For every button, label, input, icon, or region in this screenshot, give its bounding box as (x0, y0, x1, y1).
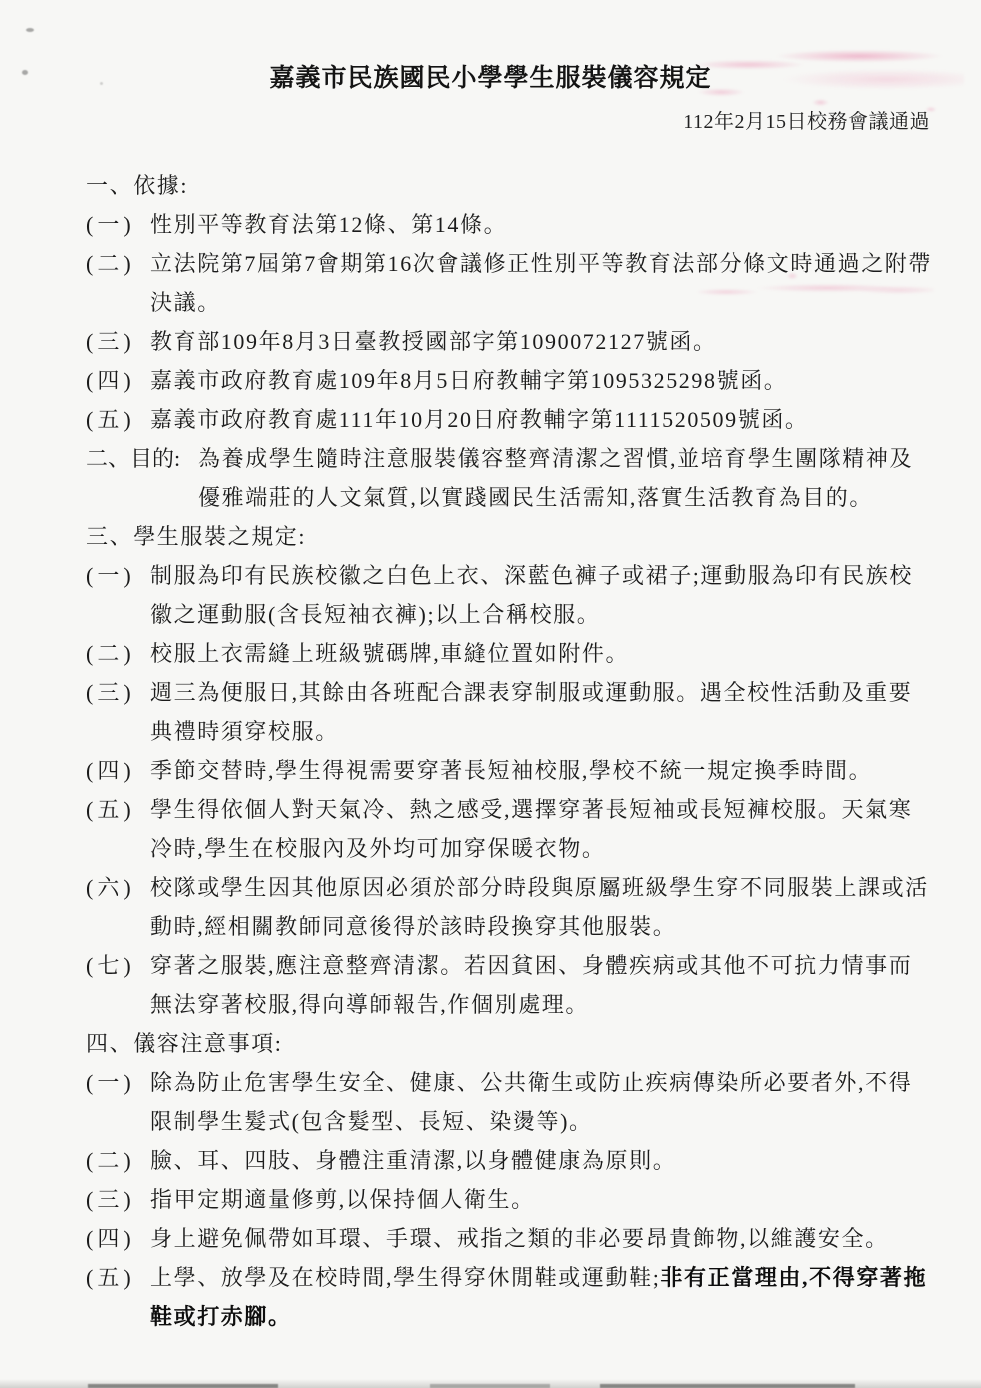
item-label: (一) (86, 205, 150, 244)
approval-note: 112年2月15日校務會議通過 (0, 108, 981, 136)
list-item: (三) 週三為便服日,其餘由各班配合課表穿制服或運動服。遇全校性活動及重要典禮時… (86, 673, 935, 751)
item-label: (七) (86, 946, 150, 985)
section-heading-3: 三、學生服裝之規定: (86, 517, 935, 556)
section-heading-2: 二、目的: (86, 439, 198, 478)
item-text: 上學、放學及在校時間,學生得穿休閒鞋或運動鞋;非有正當理由,不得穿著拖鞋或打赤腳… (150, 1258, 935, 1336)
item-label: (二) (86, 634, 150, 673)
item-label: (四) (86, 1219, 150, 1258)
item-text-normal: 上學、放學及在校時間,學生得穿休閒鞋或運動鞋; (150, 1265, 660, 1290)
item-text: 臉、耳、四肢、身體注重清潔,以身體健康為原則。 (150, 1141, 935, 1180)
scan-edge-artifact (600, 1384, 855, 1388)
section-heading-1: 一、依據: (86, 166, 935, 205)
scan-edge-artifact (430, 1384, 550, 1388)
list-item: (二) 立法院第7屆第7會期第16次會議修正性別平等教育法部分條文時通過之附帶決… (86, 244, 935, 322)
scanned-document-page: 嘉義市民族國民小學學生服裝儀容規定 112年2月15日校務會議通過 一、依據: … (0, 0, 981, 1388)
item-text: 嘉義市政府教育處111年10月20日府教輔字第1111520509號函。 (150, 400, 935, 439)
list-item: (一) 性別平等教育法第12條、第14條。 (86, 205, 935, 244)
list-item: (四) 嘉義市政府教育處109年8月5日府教輔字第1095325298號函。 (86, 361, 935, 400)
item-label: (三) (86, 673, 150, 712)
list-item: (四) 身上避免佩帶如耳環、手環、戒指之類的非必要昂貴飾物,以維護安全。 (86, 1219, 935, 1258)
item-label: (五) (86, 400, 150, 439)
item-label: (三) (86, 1180, 150, 1219)
section-heading-4: 四、儀容注意事項: (86, 1024, 935, 1063)
item-label: (一) (86, 556, 150, 595)
list-item: (二) 校服上衣需縫上班級號碼牌,車縫位置如附件。 (86, 634, 935, 673)
list-item: (一) 除為防止危害學生安全、健康、公共衛生或防止疾病傳染所必要者外,不得限制學… (86, 1063, 935, 1141)
item-text: 制服為印有民族校徽之白色上衣、深藍色褲子或裙子;運動服為印有民族校徽之運動服(含… (150, 556, 935, 634)
list-item: (五) 上學、放學及在校時間,學生得穿休閒鞋或運動鞋;非有正當理由,不得穿著拖鞋… (86, 1258, 935, 1336)
item-text: 除為防止危害學生安全、健康、公共衛生或防止疾病傳染所必要者外,不得限制學生髮式(… (150, 1063, 935, 1141)
document-title: 嘉義市民族國民小學學生服裝儀容規定 (0, 62, 981, 96)
item-text: 校隊或學生因其他原因必須於部分時段與原屬班級學生穿不同服裝上課或活動時,經相關教… (150, 868, 935, 946)
item-text: 學生得依個人對天氣冷、熱之感受,選擇穿著長短袖或長短褲校服。天氣寒冷時,學生在校… (150, 790, 935, 868)
section-text: 為養成學生隨時注意服裝儀容整齊清潔之習慣,並培育學生團隊精神及優雅端莊的人文氣質… (198, 439, 935, 517)
list-item: (二) 臉、耳、四肢、身體注重清潔,以身體健康為原則。 (86, 1141, 935, 1180)
item-text: 穿著之服裝,應注意整齊清潔。若因貧困、身體疾病或其他不可抗力情事而無法穿著校服,… (150, 946, 935, 1024)
item-label: (六) (86, 868, 150, 907)
list-item: (四) 季節交替時,學生得視需要穿著長短袖校服,學校不統一規定換季時間。 (86, 751, 935, 790)
list-item: (三) 教育部109年8月3日臺教授國部字第1090072127號函。 (86, 322, 935, 361)
item-text: 性別平等教育法第12條、第14條。 (150, 205, 935, 244)
item-text: 週三為便服日,其餘由各班配合課表穿制服或運動服。遇全校性活動及重要典禮時須穿校服… (150, 673, 935, 751)
list-item: (三) 指甲定期適量修剪,以保持個人衛生。 (86, 1180, 935, 1219)
item-text: 校服上衣需縫上班級號碼牌,車縫位置如附件。 (150, 634, 935, 673)
item-label: (二) (86, 1141, 150, 1180)
list-item: (五) 嘉義市政府教育處111年10月20日府教輔字第1111520509號函。 (86, 400, 935, 439)
section-purpose: 二、目的: 為養成學生隨時注意服裝儀容整齊清潔之習慣,並培育學生團隊精神及優雅端… (86, 439, 935, 517)
item-label: (五) (86, 1258, 150, 1297)
scan-edge-artifact (88, 1384, 278, 1388)
list-item: (五) 學生得依個人對天氣冷、熱之感受,選擇穿著長短袖或長短褲校服。天氣寒冷時,… (86, 790, 935, 868)
scan-speck (26, 28, 34, 32)
item-text: 季節交替時,學生得視需要穿著長短袖校服,學校不統一規定換季時間。 (150, 751, 935, 790)
document-body: 一、依據: (一) 性別平等教育法第12條、第14條。 (二) 立法院第7屆第7… (0, 166, 981, 1336)
item-text: 身上避免佩帶如耳環、手環、戒指之類的非必要昂貴飾物,以維護安全。 (150, 1219, 935, 1258)
item-text: 立法院第7屆第7會期第16次會議修正性別平等教育法部分條文時通過之附帶決議。 (150, 244, 935, 322)
item-label: (四) (86, 361, 150, 400)
list-item: (六) 校隊或學生因其他原因必須於部分時段與原屬班級學生穿不同服裝上課或活動時,… (86, 868, 935, 946)
item-label: (三) (86, 322, 150, 361)
item-text: 嘉義市政府教育處109年8月5日府教輔字第1095325298號函。 (150, 361, 935, 400)
item-label: (五) (86, 790, 150, 829)
scan-speck (22, 70, 28, 75)
list-item: (一) 制服為印有民族校徽之白色上衣、深藍色褲子或裙子;運動服為印有民族校徽之運… (86, 556, 935, 634)
item-text: 指甲定期適量修剪,以保持個人衛生。 (150, 1180, 935, 1219)
scan-speck (100, 82, 103, 85)
item-label: (一) (86, 1063, 150, 1102)
list-item: (七) 穿著之服裝,應注意整齊清潔。若因貧困、身體疾病或其他不可抗力情事而無法穿… (86, 946, 935, 1024)
item-label: (四) (86, 751, 150, 790)
item-text: 教育部109年8月3日臺教授國部字第1090072127號函。 (150, 322, 935, 361)
item-label: (二) (86, 244, 150, 283)
